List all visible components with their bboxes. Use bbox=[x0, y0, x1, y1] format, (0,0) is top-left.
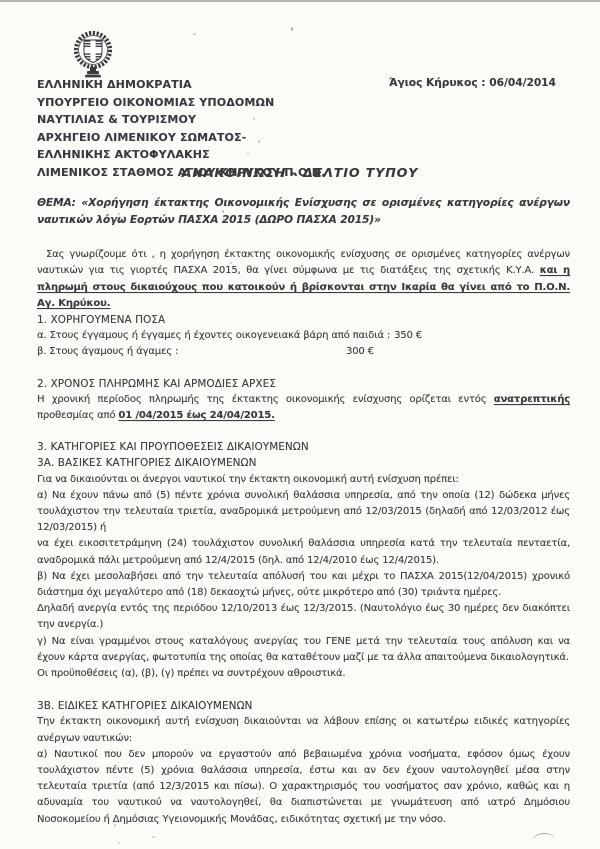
coat-of-arms-icon bbox=[72, 30, 114, 82]
amount-value: 350 € bbox=[394, 330, 422, 341]
text-segment: α) Να έχουν πάνω από (5) πέντε χρόνια συ… bbox=[37, 490, 570, 533]
paragraph: Οι προϋποθέσεις (α), (β), (γ) πρέπει να … bbox=[37, 666, 570, 682]
text-segment: 01 /04/2015 έως 24/04/2015. bbox=[118, 410, 274, 421]
paragraph: Για να δικαιούνται οι άνεργοι ναυτικοί τ… bbox=[37, 472, 570, 488]
scan-artifact bbox=[126, 806, 128, 808]
paragraph: Η χρονική περίοδος πληρωμής της έκτακτης… bbox=[37, 392, 570, 424]
text-segment: α) Ναυτικοί που δεν μπορούν να εργαστούν… bbox=[37, 749, 570, 825]
amount-label: α. Στους έγγαμους ή έγγαμες ή έχοντες οι… bbox=[37, 328, 390, 344]
text-segment: Η χρονική περίοδος πληρωμής της έκτακτης… bbox=[37, 394, 494, 405]
agency-line-coastguard: ΕΛΛΗΝΙΚΗΣ ΑΚΤΟΦΥΛΑΚΗΣ bbox=[37, 146, 325, 164]
text-segment: ανατρεπτικής bbox=[494, 394, 570, 405]
scan-artifact bbox=[253, 118, 255, 120]
scan-artifact bbox=[114, 824, 116, 827]
document-header: ΕΛΛΗΝΙΚΗ ΔΗΜΟΚΡΑΤΙΑ ΥΠΟΥΡΓΕΙΟ ΟΙΚΟΝΟΜΙΑΣ… bbox=[0, 0, 600, 151]
text-segment: Σας γνωρίζουμε ότι , η χορήγηση έκτακτης… bbox=[37, 249, 570, 276]
paragraph: Δηλαδή ανεργία εντός της περιόδου 12/10/… bbox=[37, 601, 570, 633]
text-segment: Οι προϋποθέσεις (α), (β), (γ) πρέπει να … bbox=[37, 668, 345, 679]
amounts-table: α. Στους έγγαμους ή έγγαμες ή έχοντες οι… bbox=[37, 328, 570, 360]
date-line: Άγιος Κήρυκος : 06/04/2014 bbox=[389, 77, 556, 89]
section-heading: 1. ΧΟΡΗΓΟΥΜΕΝΑ ΠΟΣΑ bbox=[37, 312, 570, 328]
subject-line: ΘΕΜΑ: «Χορήγηση έκτακτης Οικονομικής Ενί… bbox=[37, 195, 570, 228]
greek-coat-of-arms-logo bbox=[72, 30, 114, 82]
paragraph: γ) Να είναι γραμμένοι στους καταλόγους α… bbox=[37, 634, 570, 666]
scan-artifact bbox=[166, 818, 168, 820]
scan-artifact bbox=[230, 262, 232, 264]
amount-value: 300 € bbox=[346, 346, 374, 357]
agency-line-republic: ΕΛΛΗΝΙΚΗ ΔΗΜΟΚΡΑΤΙΑ bbox=[37, 76, 325, 94]
scan-artifact bbox=[118, 786, 120, 789]
paragraph: β) Να έχει μεσολαβήσει από την τελευταία… bbox=[37, 569, 570, 601]
paragraph: α) Ναυτικοί που δεν μπορούν να εργαστούν… bbox=[37, 747, 570, 828]
scan-artifact bbox=[222, 210, 224, 213]
scan-artifact bbox=[118, 842, 120, 844]
text-segment: προθεσμίας από bbox=[37, 410, 118, 421]
amount-row: α. Στους έγγαμους ή έγγαμες ή έχοντες οι… bbox=[37, 328, 570, 344]
paragraph: α) Να έχουν πάνω από (5) πέντε χρόνια συ… bbox=[37, 488, 570, 537]
text-segment: β) Να έχει μεσολαβήσει από την τελευταία… bbox=[37, 571, 570, 598]
scan-artifact bbox=[118, 213, 120, 215]
scan-artifact bbox=[152, 836, 155, 838]
text-segment: Για να δικαιούνται οι άνεργοι ναυτικοί τ… bbox=[37, 474, 459, 485]
text-segment: Δηλαδή ανεργία εντός της περιόδου 12/10/… bbox=[37, 603, 570, 630]
section-heading: 3Β. ΕΙΔΙΚΕΣ ΚΑΤΗΓΟΡΙΕΣ ΔΙΚΑΙΟΥΜΕΝΩΝ bbox=[37, 698, 570, 714]
spacer bbox=[37, 682, 570, 698]
document-body: Σας γνωρίζουμε ότι , η χορήγηση έκτακτης… bbox=[37, 247, 570, 828]
page: { "header": { "date": "Άγιος Κήρυκος : 0… bbox=[0, 0, 600, 849]
agency-line-shipping: ΝΑΥΤΙΛΙΑΣ & ΤΟΥΡΙΣΜΟΥ bbox=[37, 111, 325, 129]
section-heading: 3. ΚΑΤΗΓΟΡΙΕΣ ΚΑΙ ΠΡΟΥΠΟΘΕΣΕΙΣ ΔΙΚΑΙΟΥΜΕ… bbox=[37, 439, 570, 455]
scan-artifact bbox=[258, 140, 260, 143]
agency-line-hq: ΑΡΧΗΓΕΙΟ ΛΙΜΕΝΙΚΟΥ ΣΩΜΑΤΟΣ- bbox=[37, 129, 325, 147]
agency-line-station: ΛΙΜΕΝΙΚΟΣ ΣΤΑΘΜΟΣ ΑΓΙΟΥ ΚΗΡΥΚΟΥ/Π.Ο.Ν. bbox=[37, 164, 325, 182]
text-segment: γ) Να είναι γραμμένοι στους καταλόγους α… bbox=[37, 636, 570, 663]
agency-block: ΕΛΛΗΝΙΚΗ ΔΗΜΟΚΡΑΤΙΑ ΥΠΟΥΡΓΕΙΟ ΟΙΚΟΝΟΜΙΑΣ… bbox=[37, 76, 325, 182]
scan-artifact bbox=[247, 153, 249, 155]
paragraph: Την έκτακτη οικονομική αυτή ενίσχυση δικ… bbox=[37, 714, 570, 746]
section-heading: 3Α. ΒΑΣΙΚΕΣ ΚΑΤΗΓΟΡΙΕΣ ΔΙΚΑΙΟΥΜΕΝΩΝ bbox=[37, 455, 570, 471]
spacer bbox=[37, 361, 570, 376]
spacer bbox=[37, 424, 570, 439]
paragraph: Σας γνωρίζουμε ότι , η χορήγηση έκτακτης… bbox=[37, 247, 570, 312]
agency-line-ministry: ΥΠΟΥΡΓΕΙΟ ΟΙΚΟΝΟΜΙΑΣ ΥΠΟΔΟΜΩΝ bbox=[37, 94, 325, 112]
scan-artifact bbox=[193, 33, 196, 35]
amount-label: β. Στους άγαμους ή άγαμες : bbox=[37, 344, 342, 360]
text-segment: να έχει εικοσιτετράμηνη (24) τουλάχιστον… bbox=[37, 538, 570, 565]
section-heading: 2. ΧΡΟΝΟΣ ΠΛΗΡΩΜΗΣ ΚΑΙ ΑΡΜΟΔΙΕΣ ΑΡΧΕΣ bbox=[37, 376, 570, 392]
text-segment: Την έκτακτη οικονομική αυτή ενίσχυση δικ… bbox=[37, 716, 570, 743]
paragraph: να έχει εικοσιτετράμηνη (24) τουλάχιστον… bbox=[37, 536, 570, 568]
scan-artifact-curve bbox=[532, 832, 556, 842]
amount-row: β. Στους άγαμους ή άγαμες :300 € bbox=[37, 344, 570, 360]
